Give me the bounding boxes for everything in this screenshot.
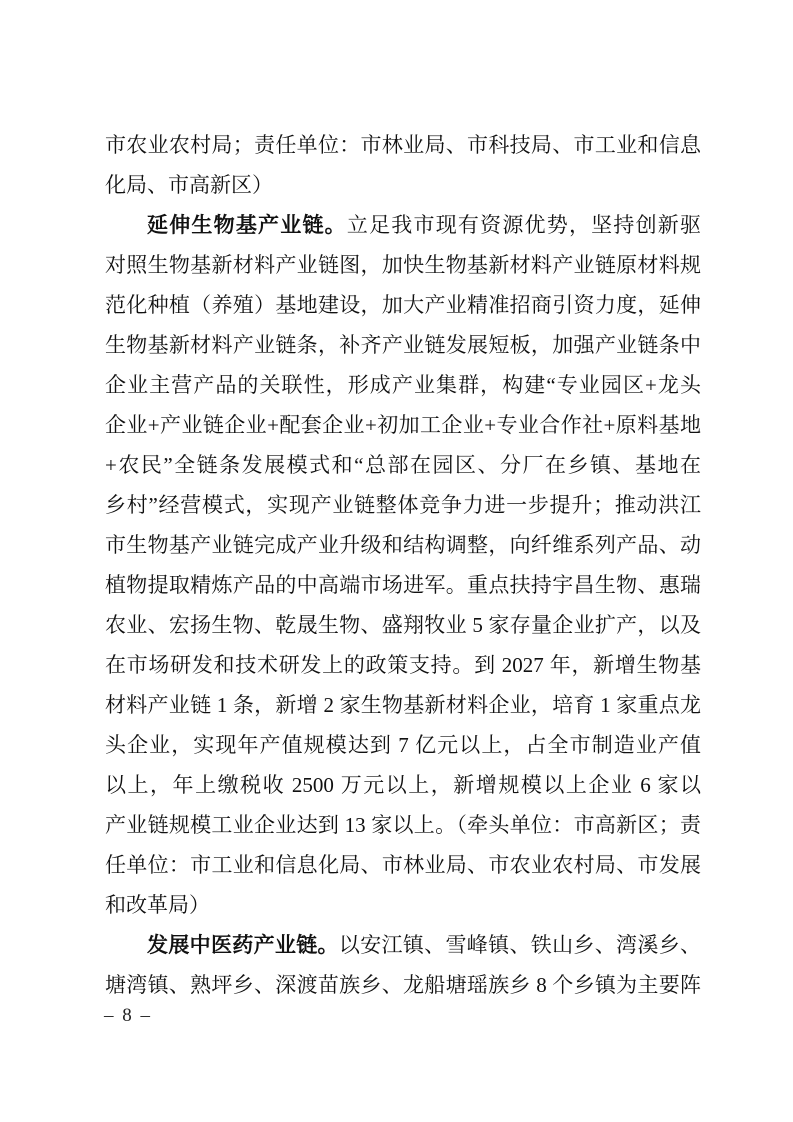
line-text: 农业、宏扬生物、乾晟生物、盛翔牧业 5 家存量企业扩产，以及 bbox=[105, 613, 701, 637]
text-line: 产业链规模工业企业达到 13 家以上。（牵头单位：市高新区；责 bbox=[105, 805, 701, 845]
line-text: 任单位：市工业和信息化局、市林业局、市农业农村局、市发展 bbox=[105, 853, 701, 877]
text-line: 范化种植（养殖）基地建设，加大产业精准招商引资力度，延伸 bbox=[105, 285, 701, 325]
line-text: 企业+产业链企业+配套企业+初加工企业+专业合作社+原料基地 bbox=[105, 413, 701, 437]
paragraph-lead: 发展中医药产业链。 bbox=[147, 934, 339, 957]
text-line: 材料产业链 1 条，新增 2 家生物基新材料企业，培育 1 家重点龙 bbox=[105, 685, 701, 725]
line-text: 生物基新材料产业链条，补齐产业链发展短板，加强产业链条中 bbox=[105, 333, 701, 357]
line-text: 范化种植（养殖）基地建设，加大产业精准招商引资力度，延伸 bbox=[105, 293, 701, 317]
text-line: 头企业，实现年产值规模达到 7 亿元以上，占全市制造业产值 18% bbox=[105, 725, 701, 765]
text-line: 发展中医药产业链。以安江镇、雪峰镇、铁山乡、湾溪乡、 bbox=[105, 925, 701, 965]
text-line: 市生物基产业链完成产业升级和结构调整，向纤维系列产品、动 bbox=[105, 525, 701, 565]
page-number: – 8 – bbox=[104, 1002, 152, 1030]
line-text: 和改革局） bbox=[105, 893, 210, 917]
text-line: 任单位：市工业和信息化局、市林业局、市农业农村局、市发展 bbox=[105, 845, 701, 885]
line-text: 头企业，实现年产值规模达到 7 亿元以上，占全市制造业产值 18% bbox=[105, 733, 701, 765]
text-line: 植物提取精炼产品的中高端市场进军。重点扶持宇昌生物、惠瑞 bbox=[105, 565, 701, 605]
text-line: 农业、宏扬生物、乾晟生物、盛翔牧业 5 家存量企业扩产，以及 bbox=[105, 605, 701, 645]
paragraph-lead: 延伸生物基产业链。 bbox=[147, 214, 347, 237]
text-line: 以上，年上缴税收 2500 万元以上，新增规模以上企业 6 家以上， bbox=[105, 765, 701, 805]
line-text: 市农业农村局；责任单位：市林业局、市科技局、市工业和信息 bbox=[105, 133, 701, 157]
text-line: 塘湾镇、熟坪乡、深渡苗族乡、龙船塘瑶族乡 8 个乡镇为主要阵 bbox=[105, 965, 701, 1005]
line-text: +农民”全链条发展模式和“总部在园区、分厂在乡镇、基地在 bbox=[105, 453, 701, 477]
line-text: 塘湾镇、熟坪乡、深渡苗族乡、龙船塘瑶族乡 8 个乡镇为主要阵 bbox=[105, 973, 701, 997]
line-text: 化局、市高新区） bbox=[105, 173, 273, 197]
text-line: 延伸生物基产业链。立足我市现有资源优势，坚持创新驱动， bbox=[105, 205, 701, 245]
line-text: 对照生物基新材料产业链图，加快生物基新材料产业链原材料规 bbox=[105, 253, 701, 277]
line-text: 以安江镇、雪峰镇、铁山乡、湾溪乡、 bbox=[339, 933, 701, 957]
line-text: 在市场研发和技术研发上的政策支持。到 2027 年，新增生物基新 bbox=[105, 653, 701, 685]
line-text: 市生物基产业链完成产业升级和结构调整，向纤维系列产品、动 bbox=[105, 533, 701, 557]
text-line: 化局、市高新区） bbox=[105, 165, 701, 205]
text-line: 企业主营产品的关联性，形成产业集群，构建“专业园区+龙头 bbox=[105, 365, 701, 405]
line-text: 企业主营产品的关联性，形成产业集群，构建“专业园区+龙头 bbox=[105, 373, 701, 397]
text-line: +农民”全链条发展模式和“总部在园区、分厂在乡镇、基地在 bbox=[105, 445, 701, 485]
line-text: 材料产业链 1 条，新增 2 家生物基新材料企业，培育 1 家重点龙 bbox=[105, 693, 701, 717]
line-text: 乡村”经营模式，实现产业链整体竞争力进一步提升；推动洪江 bbox=[105, 493, 701, 517]
text-line: 市农业农村局；责任单位：市林业局、市科技局、市工业和信息 bbox=[105, 125, 701, 165]
text-line: 企业+产业链企业+配套企业+初加工企业+专业合作社+原料基地 bbox=[105, 405, 701, 445]
text-line: 和改革局） bbox=[105, 885, 701, 925]
text-line: 生物基新材料产业链条，补齐产业链发展短板，加强产业链条中 bbox=[105, 325, 701, 365]
line-text: 植物提取精炼产品的中高端市场进军。重点扶持宇昌生物、惠瑞 bbox=[105, 573, 701, 597]
line-text: 产业链规模工业企业达到 13 家以上。（牵头单位：市高新区；责 bbox=[105, 813, 701, 837]
line-text: 以上，年上缴税收 2500 万元以上，新增规模以上企业 6 家以上， bbox=[105, 773, 701, 805]
document-lines: 市农业农村局；责任单位：市林业局、市科技局、市工业和信息化局、市高新区）延伸生物… bbox=[105, 125, 701, 1005]
text-line: 对照生物基新材料产业链图，加快生物基新材料产业链原材料规 bbox=[105, 245, 701, 285]
text-line: 乡村”经营模式，实现产业链整体竞争力进一步提升；推动洪江 bbox=[105, 485, 701, 525]
document-page: 市农业农村局；责任单位：市林业局、市科技局、市工业和信息化局、市高新区）延伸生物… bbox=[0, 0, 793, 1122]
text-line: 在市场研发和技术研发上的政策支持。到 2027 年，新增生物基新 bbox=[105, 645, 701, 685]
